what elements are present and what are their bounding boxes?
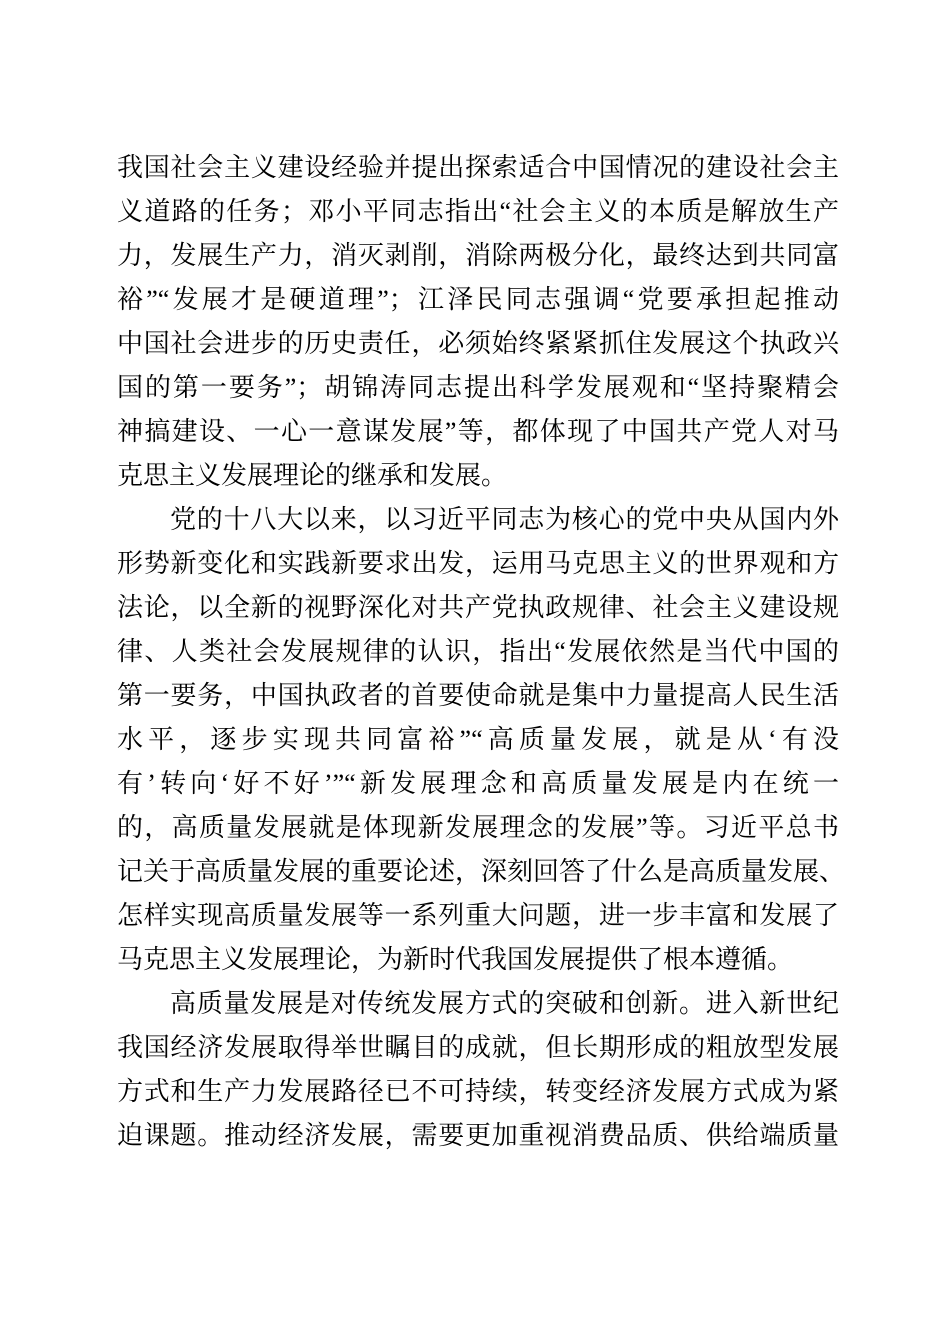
text-line: 国的第一要务”；胡锦涛同志提出科学发展观和“坚持聚精会 [117, 366, 839, 410]
paragraph-3: 高质量发展是对传统发展方式的突破和创新。进入新世纪 我国经济发展取得举世瞩目的成… [117, 982, 839, 1158]
text-line: 法论，以全新的视野深化对共产党执政规律、社会主义建设规 [117, 586, 839, 630]
text-line: 记关于高质量发展的重要论述，深刻回答了什么是高质量发展、 [117, 850, 839, 894]
document-page: 我国社会主义建设经验并提出探索适合中国情况的建设社会主 义道路的任务；邓小平同志… [0, 0, 950, 1344]
text-line: 中国社会进步的历史责任，必须始终紧紧抓住发展这个执政兴 [117, 322, 839, 366]
text-line: 我国社会主义建设经验并提出探索适合中国情况的建设社会主 [117, 146, 839, 190]
text-line: 形势新变化和实践新要求出发，运用马克思主义的世界观和方 [117, 542, 839, 586]
text-line: 我国经济发展取得举世瞩目的成就，但长期形成的粗放型发展 [117, 1026, 839, 1070]
text-line: 裕”“发展才是硬道理”；江泽民同志强调“党要承担起推动 [117, 278, 839, 322]
text-line: 高质量发展是对传统发展方式的突破和创新。进入新世纪 [117, 982, 839, 1026]
paragraph-2: 党的十八大以来，以习近平同志为核心的党中央从国内外 形势新变化和实践新要求出发，… [117, 498, 839, 982]
text-line: 有’转向‘好不好’”“新发展理念和高质量发展是内在统一 [117, 762, 839, 806]
paragraph-1: 我国社会主义建设经验并提出探索适合中国情况的建设社会主 义道路的任务；邓小平同志… [117, 146, 839, 498]
document-text: 我国社会主义建设经验并提出探索适合中国情况的建设社会主 义道路的任务；邓小平同志… [117, 146, 839, 1158]
text-line: 怎样实现高质量发展等一系列重大问题，进一步丰富和发展了 [117, 894, 839, 938]
text-line: 力，发展生产力，消灭剥削，消除两极分化，最终达到共同富 [117, 234, 839, 278]
text-line: 律、人类社会发展规律的认识，指出“发展依然是当代中国的 [117, 630, 839, 674]
text-line: 义道路的任务；邓小平同志指出“社会主义的本质是解放生产 [117, 190, 839, 234]
text-line: 克思主义发展理论的继承和发展。 [117, 454, 839, 498]
text-line: 方式和生产力发展路径已不可持续，转变经济发展方式成为紧 [117, 1070, 839, 1114]
text-line: 神搞建设、一心一意谋发展”等，都体现了中国共产党人对马 [117, 410, 839, 454]
text-line: 党的十八大以来，以习近平同志为核心的党中央从国内外 [117, 498, 839, 542]
text-line: 迫课题。推动经济发展，需要更加重视消费品质、供给端质量 [117, 1114, 839, 1158]
text-line: 水平，逐步实现共同富裕”“高质量发展，就是从‘有没 [117, 718, 839, 762]
text-line: 马克思主义发展理论，为新时代我国发展提供了根本遵循。 [117, 938, 839, 982]
text-line: 的，高质量发展就是体现新发展理念的发展”等。习近平总书 [117, 806, 839, 850]
text-line: 第一要务，中国执政者的首要使命就是集中力量提高人民生活 [117, 674, 839, 718]
